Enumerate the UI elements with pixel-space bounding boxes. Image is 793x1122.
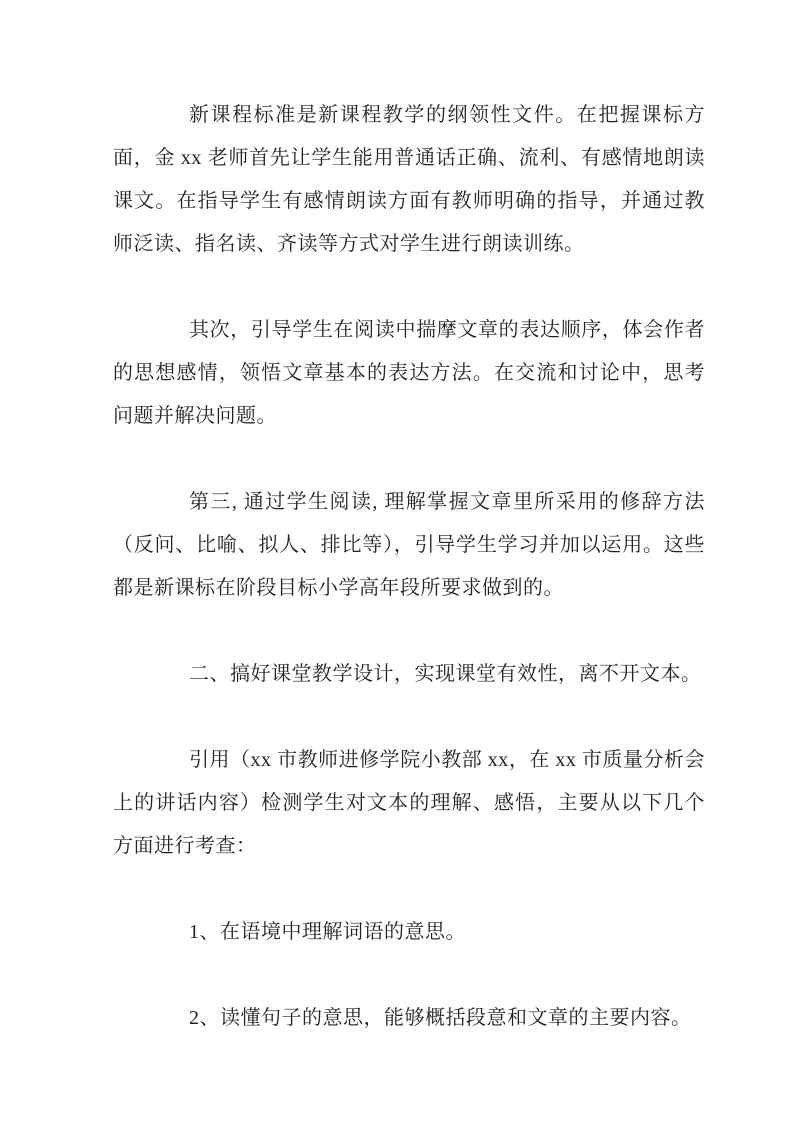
paragraph-course-standard: 新课程标准是新课程教学的纲领性文件。在把握课标方面，金 xx 老师首先让学生能用…: [113, 94, 705, 266]
paragraph-section-heading-two: 二、搞好课堂教学设计，实现课堂有效性，离不开文本。: [113, 653, 705, 696]
paragraph-list-item-2: 2、读懂句子的意思，能够概括段意和文章的主要内容。: [113, 997, 705, 1040]
document-page: 新课程标准是新课程教学的纲领性文件。在把握课标方面，金 xx 老师首先让学生能用…: [0, 0, 793, 1122]
paragraph-thirdly: 第三, 通过学生阅读, 理解掌握文章里所采用的修辞方法（反问、比喻、拟人、排比等…: [113, 481, 705, 610]
paragraph-list-item-1: 1、在语境中理解词语的意思。: [113, 911, 705, 954]
document-text-block: 新课程标准是新课程教学的纲领性文件。在把握课标方面，金 xx 老师首先让学生能用…: [113, 94, 705, 1040]
paragraph-quote-intro: 引用（xx 市教师进修学院小教部 xx，在 xx 市质量分析会上的讲话内容）检测…: [113, 739, 705, 868]
paragraph-secondly: 其次，引导学生在阅读中揣摩文章的表达顺序，体会作者的思想感情，领悟文章基本的表达…: [113, 309, 705, 438]
